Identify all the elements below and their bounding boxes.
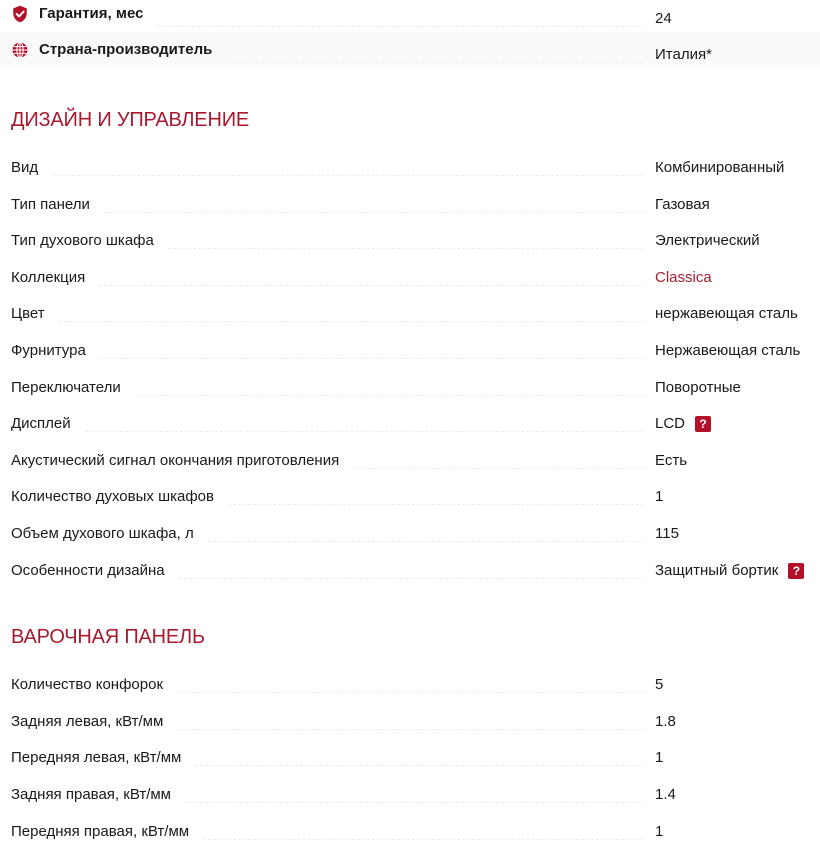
dotted-leader (179, 577, 644, 579)
help-icon[interactable]: ? (788, 563, 804, 579)
collection-link[interactable]: Classica (655, 268, 712, 288)
dotted-leader (177, 728, 644, 730)
spec-value-text: Нержавеющая сталь (655, 341, 800, 361)
spec-row: Тип духового шкафа Электрический (0, 231, 820, 268)
dotted-leader (168, 247, 644, 249)
spec-list: Вид Комбинированный Тип панели Газовая Т… (0, 132, 820, 597)
spec-row: Задняя левая, кВт/мм 1.8 (0, 712, 820, 749)
spec-value-text: 1 (655, 487, 663, 507)
spec-label: Тип панели (11, 195, 104, 215)
dotted-leader (104, 211, 644, 213)
dotted-leader (208, 540, 644, 542)
dotted-leader (353, 467, 644, 469)
spec-label-text: Гарантия, мес (39, 4, 143, 24)
section-design-control: ДИЗАЙН И УПРАВЛЕНИЕ Вид Комбинированный … (0, 68, 820, 597)
spec-row: Объем духового шкафа, л 115 (0, 524, 820, 561)
dotted-leader (203, 838, 644, 840)
spec-row: Передняя левая, кВт/мм 1 (0, 748, 820, 785)
spec-value: Защитный бортик ? (655, 561, 820, 581)
spec-value-text: Защитный бортик (655, 561, 778, 581)
spec-value-text: 1.8 (655, 712, 676, 732)
spec-label: Переключатели (11, 378, 135, 398)
shield-check-icon (11, 5, 29, 23)
spec-list: Количество конфорок 5 Задняя левая, кВт/… (0, 649, 820, 858)
spec-label: Гарантия, мес (11, 4, 157, 24)
spec-value-text: нержавеющая сталь (655, 304, 798, 324)
spec-row: Особенности дизайна Защитный бортик ? (0, 561, 820, 598)
spec-value-text: Электрический (655, 231, 760, 251)
spec-row-country: Страна-производитель Италия* (0, 32, 820, 68)
spec-row: Задняя правая, кВт/мм 1.4 (0, 785, 820, 822)
spec-label: Передняя левая, кВт/мм (11, 748, 195, 768)
spec-value: 1 (655, 487, 820, 507)
globe-icon (11, 41, 29, 59)
spec-row: Дисплей LCD ? (0, 414, 820, 451)
spec-label: Страна-производитель (11, 40, 226, 60)
spec-label: Дисплей (11, 414, 85, 434)
spec-value-text: Газовая (655, 195, 710, 215)
spec-value: 5 (655, 675, 820, 695)
spec-value: Есть (655, 451, 820, 471)
dotted-leader (228, 503, 644, 505)
key-specs: Гарантия, мес 24 (0, 0, 820, 68)
spec-row: Вид Комбинированный (0, 158, 820, 195)
spec-value-text: Поворотные (655, 378, 741, 398)
spec-value: LCD ? (655, 414, 820, 434)
spec-row-warranty: Гарантия, мес 24 (0, 0, 820, 32)
spec-row: Переключатели Поворотные (0, 378, 820, 415)
dotted-leader (226, 61, 644, 63)
spec-row: Передняя правая, кВт/мм 1 (0, 822, 820, 859)
spec-value: Электрический (655, 231, 820, 251)
spec-label: Цвет (11, 304, 59, 324)
spec-value: Classica (655, 268, 820, 288)
spec-row: Коллекция Classica (0, 268, 820, 305)
section-title: ВАРОЧНАЯ ПАНЕЛЬ (0, 625, 820, 649)
spec-value: Поворотные (655, 378, 820, 398)
spec-label: Тип духового шкафа (11, 231, 168, 251)
spec-value-text: LCD (655, 414, 685, 434)
spec-value-text: Есть (655, 451, 687, 471)
dotted-leader (85, 430, 644, 432)
dotted-leader (100, 357, 644, 359)
spec-value-text: 115 (655, 524, 679, 544)
spec-value: 24 (655, 9, 820, 29)
specifications-page: Гарантия, мес 24 (0, 0, 820, 858)
spec-row: Тип панели Газовая (0, 195, 820, 232)
spec-value-text: Комбинированный (655, 158, 784, 178)
spec-value: Комбинированный (655, 158, 820, 178)
spec-value: нержавеющая сталь (655, 304, 820, 324)
spec-value: 1 (655, 822, 820, 842)
dotted-leader (195, 764, 644, 766)
spec-value: 115 (655, 524, 820, 544)
spec-row: Количество конфорок 5 (0, 675, 820, 712)
spec-label: Количество конфорок (11, 675, 177, 695)
dotted-leader (52, 174, 644, 176)
spec-label: Акустический сигнал окончания приготовле… (11, 451, 353, 471)
spec-value: Газовая (655, 195, 820, 215)
section-title: ДИЗАЙН И УПРАВЛЕНИЕ (0, 108, 820, 132)
spec-label: Объем духового шкафа, л (11, 524, 208, 544)
spec-value-text: 1 (655, 748, 663, 768)
spec-label: Особенности дизайна (11, 561, 179, 581)
spec-value: 1.8 (655, 712, 820, 732)
dotted-leader (177, 691, 644, 693)
spec-value-text: 5 (655, 675, 663, 695)
spec-value: Италия* (655, 45, 820, 65)
dotted-leader (157, 25, 644, 27)
spec-label: Задняя правая, кВт/мм (11, 785, 185, 805)
spec-label: Коллекция (11, 268, 99, 288)
spec-label: Вид (11, 158, 52, 178)
spec-label: Количество духовых шкафов (11, 487, 228, 507)
dotted-leader (185, 801, 644, 803)
spec-value: Нержавеющая сталь (655, 341, 820, 361)
dotted-leader (59, 320, 644, 322)
spec-value-text: Италия* (655, 45, 712, 65)
help-icon[interactable]: ? (695, 416, 711, 432)
dotted-leader (135, 394, 644, 396)
spec-value-text: 1.4 (655, 785, 676, 805)
dotted-leader (99, 284, 644, 286)
spec-row: Акустический сигнал окончания приготовле… (0, 451, 820, 488)
section-hob: ВАРОЧНАЯ ПАНЕЛЬ Количество конфорок 5 За… (0, 597, 820, 858)
spec-row: Количество духовых шкафов 1 (0, 487, 820, 524)
spec-value: 1.4 (655, 785, 820, 805)
spec-label-text: Страна-производитель (39, 40, 212, 60)
spec-row: Фурнитура Нержавеющая сталь (0, 341, 820, 378)
spec-label: Задняя левая, кВт/мм (11, 712, 177, 732)
spec-value-text: 1 (655, 822, 663, 842)
spec-value-text: 24 (655, 9, 672, 29)
spec-label: Передняя правая, кВт/мм (11, 822, 203, 842)
spec-row: Цвет нержавеющая сталь (0, 304, 820, 341)
spec-value: 1 (655, 748, 820, 768)
spec-label: Фурнитура (11, 341, 100, 361)
